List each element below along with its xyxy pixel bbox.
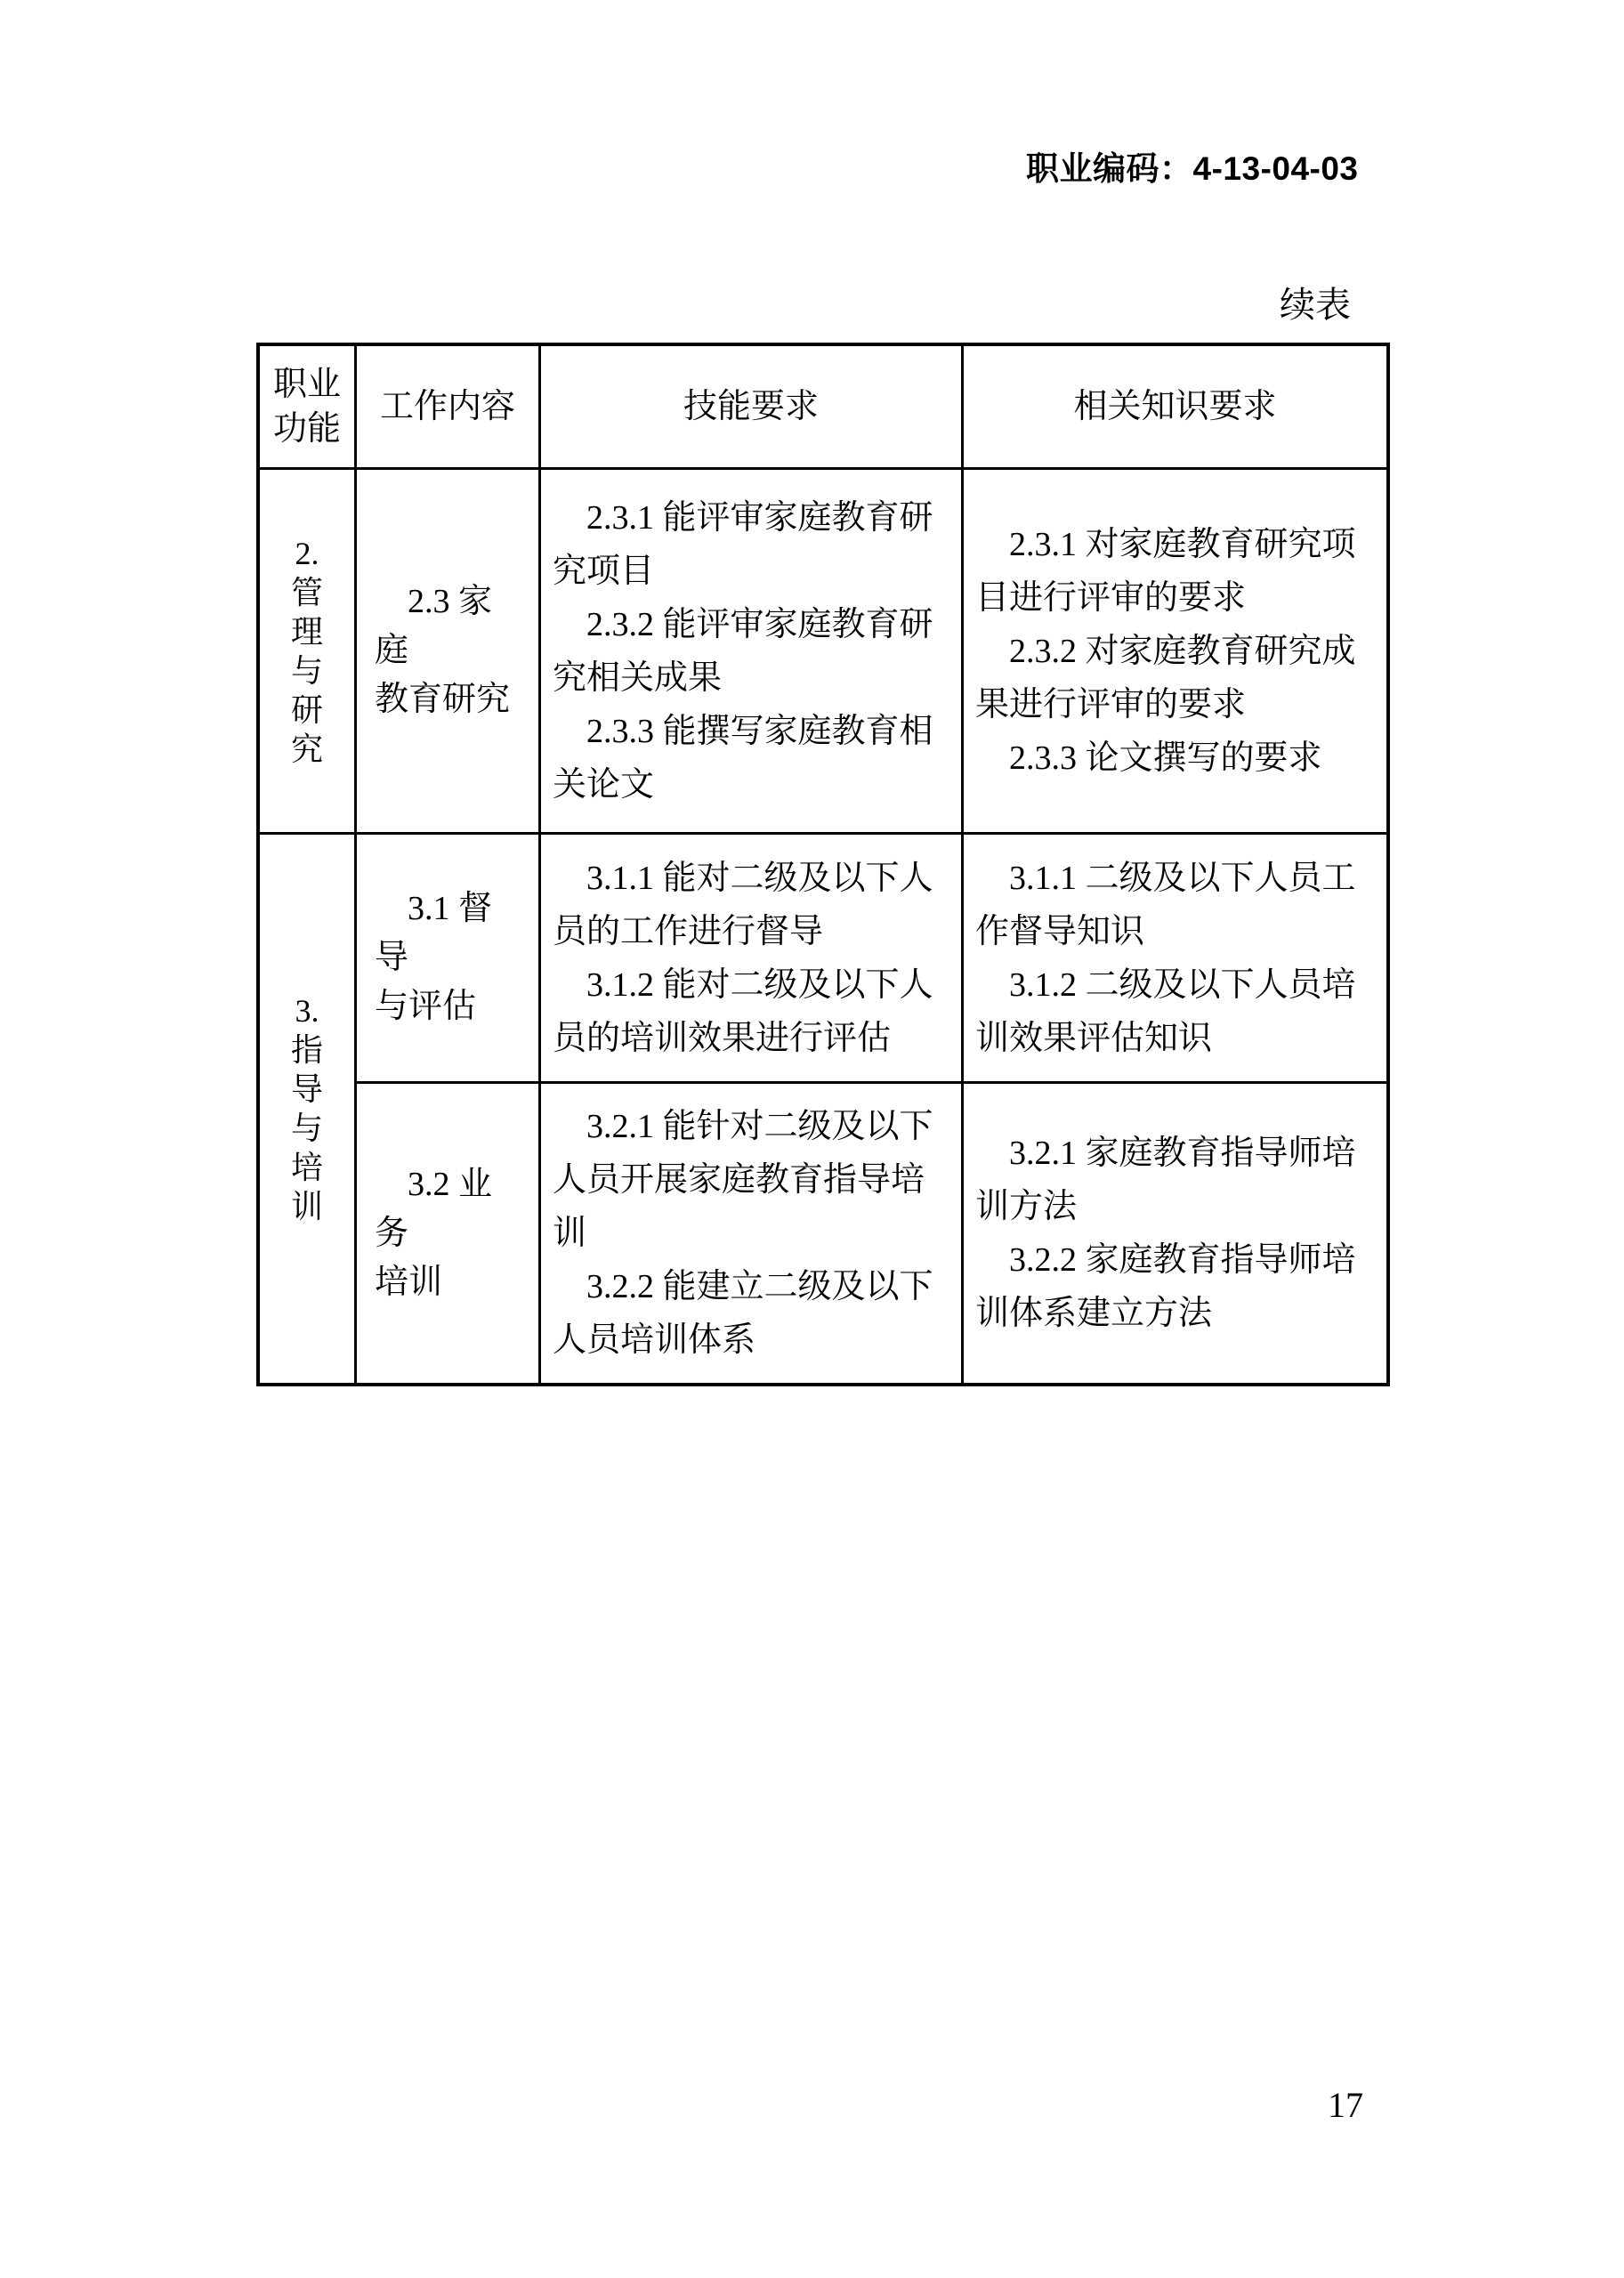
knowledge-item: 3.1.2 二级及以下人员培 训效果评估知识 <box>975 958 1375 1065</box>
skill-item: 3.2.1 能针对二级及以下 人员开展家庭教育指导培 训 <box>553 1100 949 1260</box>
function-cell-management-research: 2. 管 理 与 研 究 <box>260 470 357 835</box>
knowledge-item: 3.2.1 家庭教育指导师培 训方法 <box>975 1127 1375 1233</box>
header-occupational-function: 职业 功能 <box>260 346 357 470</box>
skill-item: 3.2.2 能建立二级及以下 人员培训体系 <box>553 1260 949 1367</box>
skill-item: 2.3.3 能撰写家庭教育相 关论文 <box>553 705 949 812</box>
skill-item: 3.1.2 能对二级及以下人 员的培训效果进行评估 <box>553 958 949 1065</box>
page-number: 17 <box>1328 2084 1363 2127</box>
header-work-content: 工作内容 <box>357 346 541 470</box>
header-knowledge-requirements: 相关知识要求 <box>964 346 1386 470</box>
skill-item: 2.3.1 能评审家庭教育研 究项目 <box>553 491 949 598</box>
work-content-cell: 3.1 督导 与评估 <box>357 835 541 1084</box>
knowledge-item: 2.3.1 对家庭教育研究项 目进行评审的要求 <box>975 518 1375 625</box>
skill-item: 3.1.1 能对二级及以下人 员的工作进行督导 <box>553 852 949 958</box>
knowledge-requirements-cell: 3.2.1 家庭教育指导师培 训方法 3.2.2 家庭教育指导师培 训体系建立方… <box>964 1084 1386 1383</box>
skill-requirements-cell: 3.2.1 能针对二级及以下 人员开展家庭教育指导培 训 3.2.2 能建立二级… <box>541 1084 964 1383</box>
knowledge-item: 2.3.3 论文撰写的要求 <box>975 731 1375 785</box>
knowledge-item: 3.2.2 家庭教育指导师培 训体系建立方法 <box>975 1233 1375 1340</box>
occupation-code: 职业编码：4-13-04-03 <box>1026 149 1359 189</box>
header-skill-requirements: 技能要求 <box>541 346 964 470</box>
knowledge-requirements-cell: 3.1.1 二级及以下人员工 作督导知识 3.1.2 二级及以下人员培 训效果评… <box>964 835 1386 1084</box>
continued-table-label: 续表 <box>256 284 1390 327</box>
skill-requirements-cell: 2.3.1 能评审家庭教育研 究项目 2.3.2 能评审家庭教育研 究相关成果 … <box>541 470 964 835</box>
work-content-cell: 3.2 业务 培训 <box>357 1084 541 1383</box>
function-cell-guidance-training: 3. 指 导 与 培 训 <box>260 835 357 1383</box>
knowledge-requirements-cell: 2.3.1 对家庭教育研究项 目进行评审的要求 2.3.2 对家庭教育研究成 果… <box>964 470 1386 835</box>
work-content-cell: 2.3 家庭 教育研究 <box>357 470 541 835</box>
skill-item: 2.3.2 能评审家庭教育研 究相关成果 <box>553 598 949 705</box>
knowledge-item: 3.1.1 二级及以下人员工 作督导知识 <box>975 852 1375 958</box>
knowledge-item: 2.3.2 对家庭教育研究成 果进行评审的要求 <box>975 625 1375 731</box>
skill-requirements-cell: 3.1.1 能对二级及以下人 员的工作进行督导 3.1.2 能对二级及以下人 员… <box>541 835 964 1084</box>
occupation-standard-table: 职业 功能 工作内容 技能要求 相关知识要求 2. 管 理 与 研 究 2.3 … <box>256 343 1390 1386</box>
